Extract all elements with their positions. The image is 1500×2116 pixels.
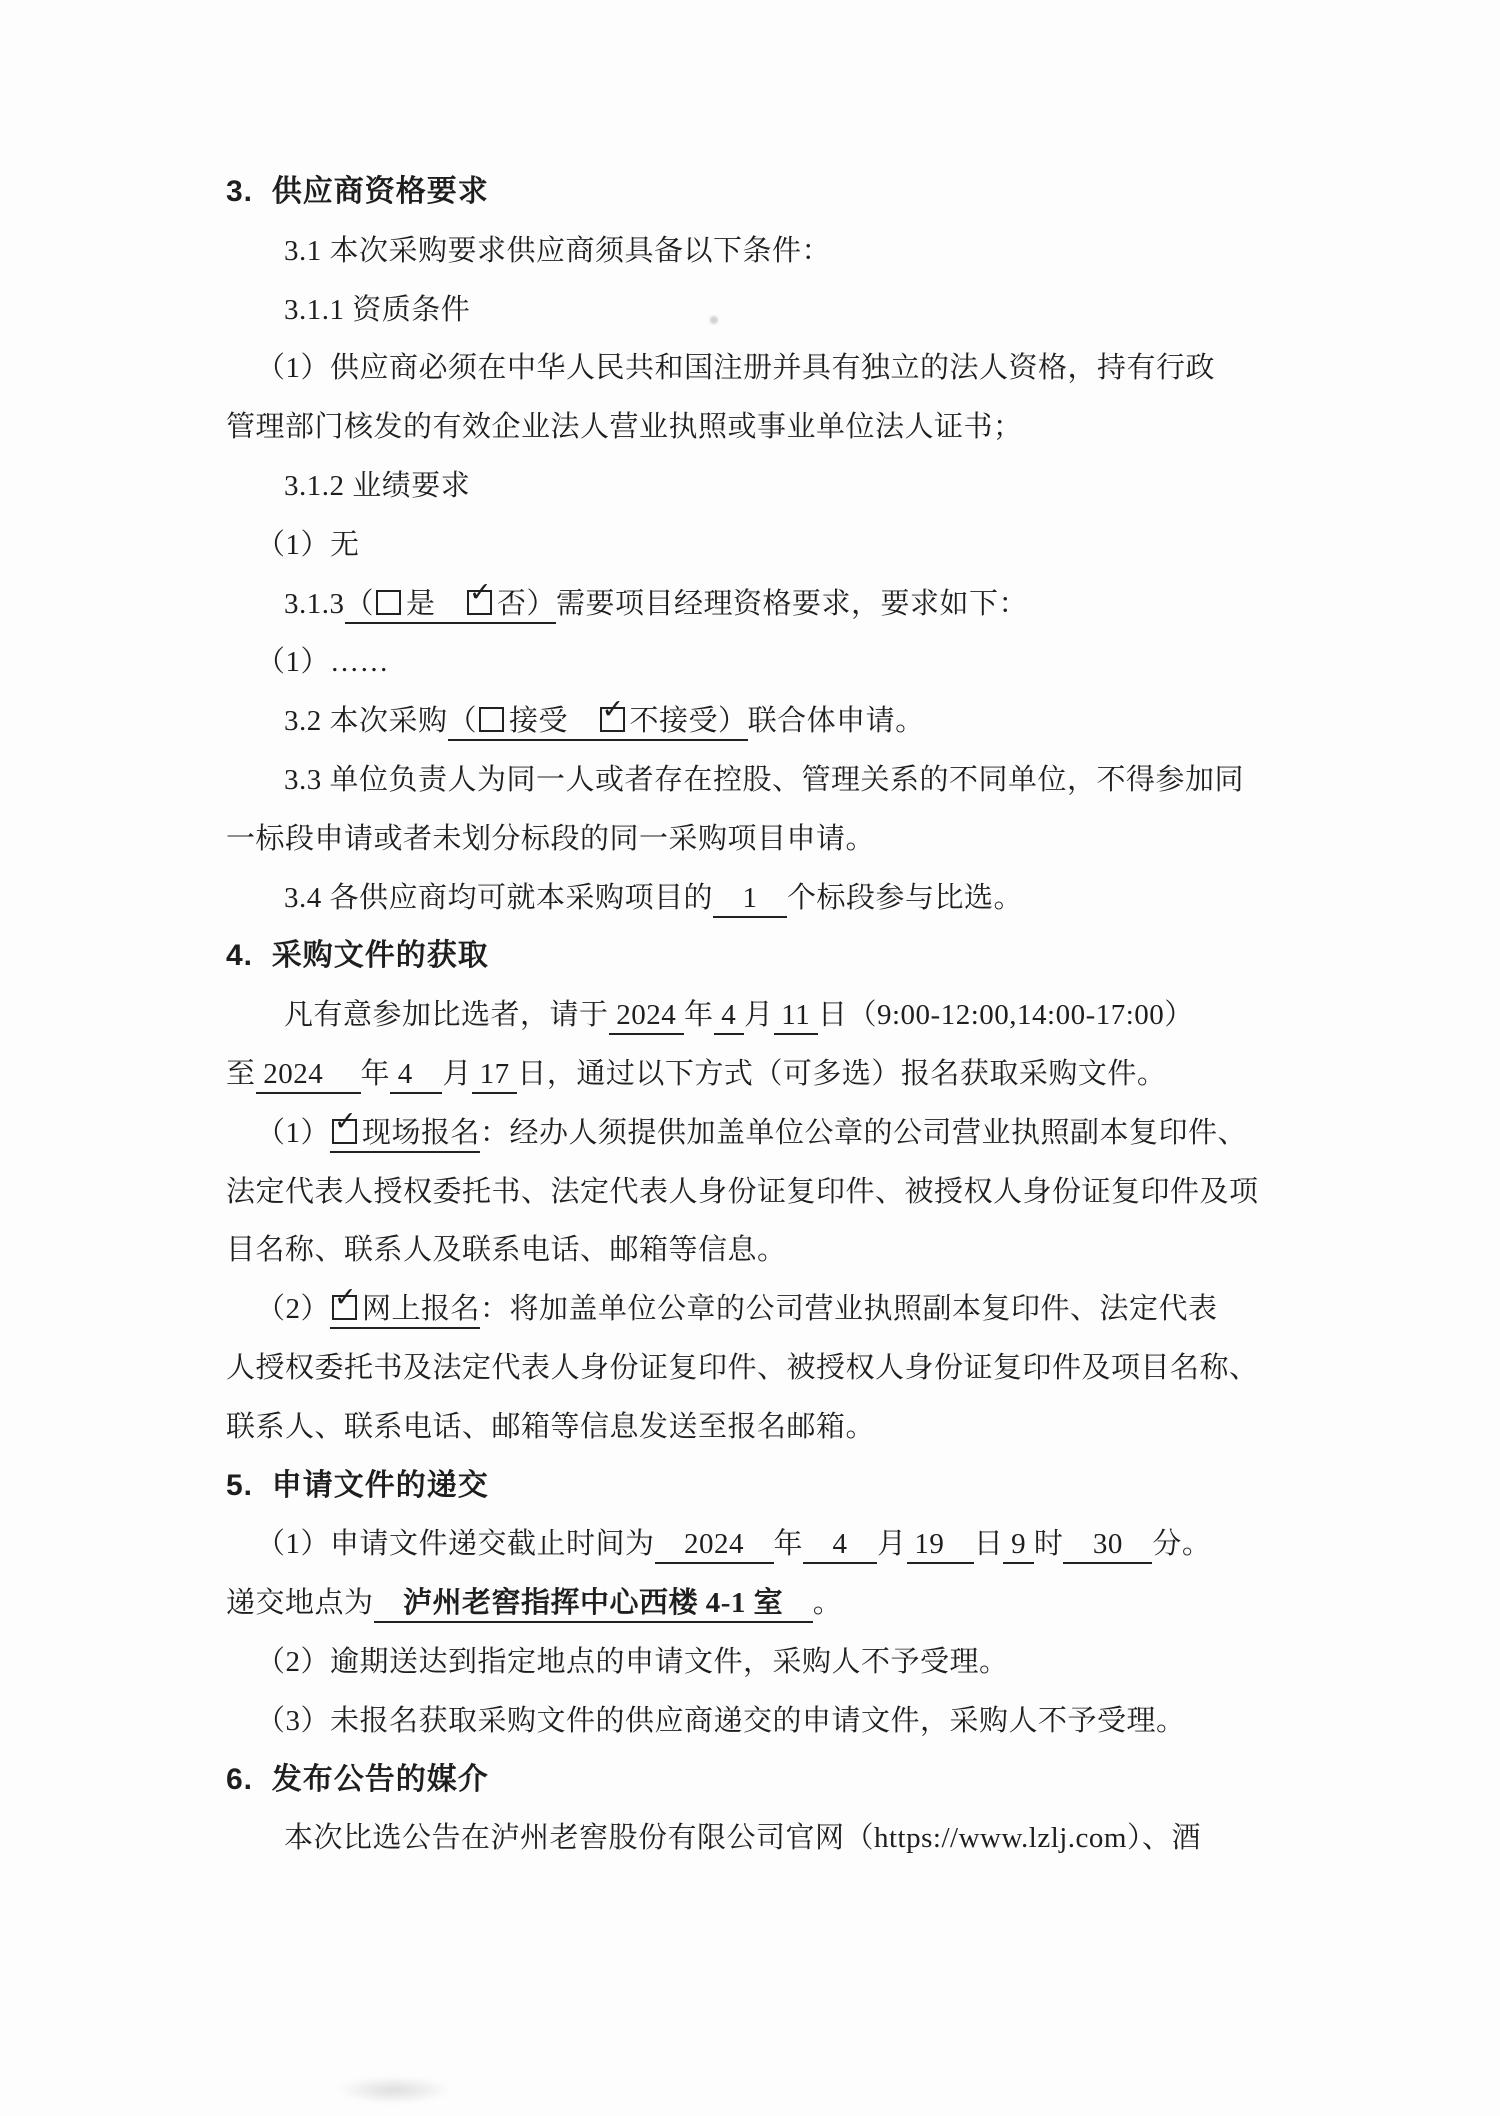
underlined-blank: 4: [803, 1528, 877, 1564]
doc-line: 递交地点为 泸州老窖指挥中心西楼 4-1 室 。: [226, 1574, 1306, 1633]
underlined-blank: 4: [714, 999, 745, 1035]
text-segment: 11: [774, 999, 818, 1031]
text-segment: 3.2 本次采购: [284, 705, 448, 737]
doc-line: 一标段申请或者未划分标段的同一采购项目申请。: [226, 810, 1306, 869]
document-body: 3. 供应商资格要求3.1 本次采购要求供应商须具备以下条件：3.1.1 资质条…: [226, 163, 1306, 1868]
text-segment: 接受: [509, 705, 598, 737]
text-segment: 4: [390, 1058, 442, 1090]
underlined-blank: 4: [390, 1058, 442, 1094]
doc-line: 管理部门核发的有效企业法人营业执照或事业单位法人证书；: [226, 398, 1306, 457]
text-segment: 不接受）: [630, 705, 748, 737]
text-segment: 月: [877, 1528, 907, 1560]
doc-line: （1）供应商必须在中华人民共和国注册并具有独立的法人资格，持有行政: [226, 339, 1306, 398]
doc-line: 3.4 各供应商均可就本采购项目的 1 个标段参与比选。: [226, 869, 1306, 928]
text-segment: （1）……: [256, 646, 389, 678]
text-segment: 网上报名: [362, 1293, 480, 1325]
doc-line: 4. 采购文件的获取: [226, 927, 1306, 986]
doc-line: 3. 供应商资格要求: [226, 163, 1306, 222]
text-segment: 。: [813, 1587, 843, 1619]
text-segment: 3.3 单位负责人为同一人或者存在控股、管理关系的不同单位，不得参加同: [284, 764, 1244, 796]
text-segment: 年: [684, 999, 714, 1031]
text-segment: （2）逾期送达到指定地点的申请文件，采购人不予受理。: [256, 1646, 1009, 1678]
text-segment: 2024: [256, 1058, 361, 1090]
text-segment: 日（9:00-12:00,14:00-17:00）: [818, 999, 1194, 1031]
doc-line: 5. 申请文件的递交: [226, 1457, 1306, 1516]
text-segment: （3）未报名获取采购文件的供应商递交的申请文件，采购人不予受理。: [256, 1705, 1186, 1737]
text-segment: 1: [713, 882, 787, 914]
doc-line: （3）未报名获取采购文件的供应商递交的申请文件，采购人不予受理。: [226, 1692, 1306, 1751]
text-segment: 30: [1063, 1528, 1152, 1560]
doc-line: （1）申请文件递交截止时间为 2024 年 4 月 19 日 9 时 30 分。: [226, 1515, 1306, 1574]
text-segment: （1）: [256, 1117, 330, 1149]
doc-line: （2）网上报名：将加盖单位公章的公司营业执照副本复印件、法定代表: [226, 1280, 1306, 1339]
doc-line: 至 2024 年 4 月 17 日，通过以下方式（可多选）报名获取采购文件。: [226, 1045, 1306, 1104]
doc-line: 联系人、联系电话、邮箱等信息发送至报名邮箱。: [226, 1398, 1306, 1457]
text-segment: 4: [803, 1528, 877, 1560]
text-segment: 目名称、联系人及联系电话、邮箱等信息。: [226, 1234, 787, 1266]
text-segment: 否）: [497, 588, 556, 620]
doc-line: （1）无: [226, 516, 1306, 575]
text-segment: 至: [226, 1058, 256, 1090]
scan-smudge: [336, 2076, 452, 2104]
underlined-blank: （是 否）: [345, 588, 557, 624]
text-segment: （: [345, 588, 375, 620]
checkbox-empty-icon: [376, 590, 401, 615]
text-segment: 年: [361, 1058, 391, 1090]
text-segment: 3.1.1 资质条件: [284, 294, 470, 326]
text-segment: （: [448, 705, 478, 737]
checkbox-empty-icon: [479, 707, 504, 732]
text-segment: 日，通过以下方式（可多选）报名获取采购文件。: [517, 1058, 1166, 1090]
document-page: 3. 供应商资格要求3.1 本次采购要求供应商须具备以下条件：3.1.1 资质条…: [0, 0, 1500, 2116]
underlined-blank: 11: [774, 999, 818, 1035]
underlined-blank: 网上报名: [330, 1293, 480, 1329]
text-segment: （2）: [256, 1293, 330, 1325]
text-segment: ：将加盖单位公章的公司营业执照副本复印件、法定代表: [480, 1293, 1218, 1325]
doc-line: 目名称、联系人及联系电话、邮箱等信息。: [226, 1221, 1306, 1280]
text-segment: 2024: [609, 999, 685, 1031]
text-segment: 凡有意参加比选者，请于: [284, 999, 609, 1031]
text-segment: 时: [1034, 1528, 1064, 1560]
text-segment: 泸州老窖指挥中心西楼 4-1 室: [374, 1587, 813, 1619]
checkbox-checked-icon: [600, 707, 625, 732]
text-segment: 本次比选公告在泸州老窖股份有限公司官网（https://www.lzlj.com…: [284, 1822, 1201, 1854]
underlined-blank: 1: [713, 882, 787, 918]
doc-line: 凡有意参加比选者，请于 2024 年 4 月 11 日（9:00-12:00,1…: [226, 986, 1306, 1045]
text-segment: 4: [714, 999, 745, 1031]
text-segment: 法定代表人授权委托书、法定代表人身份证复印件、被授权人身份证复印件及项: [226, 1176, 1259, 1208]
underlined-blank: 30: [1063, 1528, 1152, 1564]
text-segment: 4. 采购文件的获取: [226, 939, 489, 972]
underlined-blank: 2024: [655, 1528, 774, 1564]
doc-line: 6. 发布公告的媒介: [226, 1751, 1306, 1810]
text-segment: 5. 申请文件的递交: [226, 1469, 489, 1502]
text-segment: 分。: [1152, 1528, 1211, 1560]
text-segment: 3.4 各供应商均可就本采购项目的: [284, 882, 713, 914]
underlined-blank: 现场报名: [330, 1117, 480, 1153]
text-segment: 递交地点为: [226, 1587, 374, 1619]
text-segment: 3.1 本次采购要求供应商须具备以下条件：: [284, 235, 831, 267]
text-segment: 年: [774, 1528, 804, 1560]
doc-line: 3.1 本次采购要求供应商须具备以下条件：: [226, 222, 1306, 281]
underlined-blank: 9: [1003, 1528, 1034, 1564]
checkbox-checked-icon: [332, 1295, 357, 1320]
doc-line: 3.2 本次采购（接受 不接受）联合体申请。: [226, 692, 1306, 751]
text-segment: 3.1.3: [284, 588, 345, 620]
text-segment: 人授权委托书及法定代表人身份证复印件、被授权人身份证复印件及项目名称、: [226, 1352, 1259, 1384]
text-segment: 2024: [655, 1528, 774, 1560]
text-segment: 联系人、联系电话、邮箱等信息发送至报名邮箱。: [226, 1411, 875, 1443]
doc-line: （1）……: [226, 633, 1306, 692]
text-segment: 月: [744, 999, 774, 1031]
underlined-blank: 19: [907, 1528, 974, 1564]
doc-line: 人授权委托书及法定代表人身份证复印件、被授权人身份证复印件及项目名称、: [226, 1339, 1306, 1398]
text-segment: 个标段参与比选。: [787, 882, 1023, 914]
text-segment: ：经办人须提供加盖单位公章的公司营业执照副本复印件、: [480, 1117, 1247, 1149]
text-segment: 17: [472, 1058, 518, 1090]
text-segment: 9: [1003, 1528, 1034, 1560]
text-segment: （1）申请文件递交截止时间为: [256, 1528, 655, 1560]
text-segment: 19: [907, 1528, 974, 1560]
underlined-blank: 2024: [609, 999, 685, 1035]
text-segment: 一标段申请或者未划分标段的同一采购项目申请。: [226, 823, 875, 855]
underlined-blank: 2024: [256, 1058, 361, 1094]
doc-line: 3.1.1 资质条件: [226, 281, 1306, 340]
text-segment: 3. 供应商资格要求: [226, 175, 489, 208]
text-segment: 3.1.2 业绩要求: [284, 470, 470, 502]
text-segment: 6. 发布公告的媒介: [226, 1763, 489, 1796]
text-segment: 现场报名: [362, 1117, 480, 1149]
underlined-blank: 泸州老窖指挥中心西楼 4-1 室: [374, 1587, 813, 1623]
text-segment: （1）无: [256, 529, 360, 561]
text-segment: 是: [406, 588, 465, 620]
doc-line: （1）现场报名：经办人须提供加盖单位公章的公司营业执照副本复印件、: [226, 1104, 1306, 1163]
doc-line: 3.3 单位负责人为同一人或者存在控股、管理关系的不同单位，不得参加同: [226, 751, 1306, 810]
text-segment: 管理部门核发的有效企业法人营业执照或事业单位法人证书；: [226, 411, 1023, 443]
text-segment: 联合体申请。: [748, 705, 925, 737]
doc-line: 本次比选公告在泸州老窖股份有限公司官网（https://www.lzlj.com…: [226, 1809, 1306, 1868]
doc-line: 法定代表人授权委托书、法定代表人身份证复印件、被授权人身份证复印件及项: [226, 1163, 1306, 1222]
text-segment: （1）供应商必须在中华人民共和国注册并具有独立的法人资格，持有行政: [256, 352, 1215, 384]
checkbox-checked-icon: [467, 590, 492, 615]
doc-line: 3.1.2 业绩要求: [226, 457, 1306, 516]
underlined-blank: （接受 不接受）: [448, 705, 748, 741]
text-segment: 月: [442, 1058, 472, 1090]
text-segment: 日: [974, 1528, 1004, 1560]
doc-line: 3.1.3（是 否）需要项目经理资格要求，要求如下：: [226, 575, 1306, 634]
doc-line: （2）逾期送达到指定地点的申请文件，采购人不予受理。: [226, 1633, 1306, 1692]
checkbox-checked-icon: [332, 1119, 357, 1144]
underlined-blank: 17: [472, 1058, 518, 1094]
text-segment: 需要项目经理资格要求，要求如下：: [556, 588, 1028, 620]
